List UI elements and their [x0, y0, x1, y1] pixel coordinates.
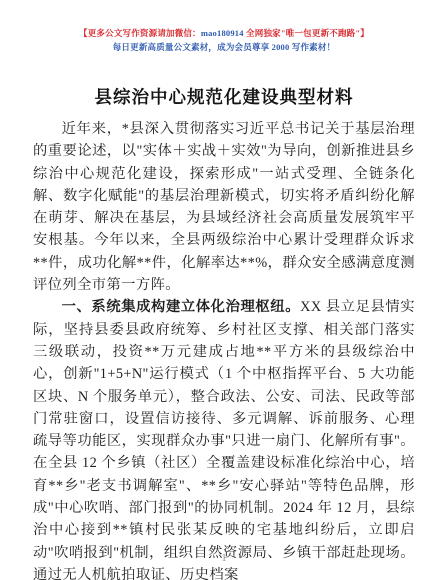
promo-wechat-id: mao180914	[201, 28, 244, 38]
promo-line-1: 【更多公文写作资源请加微信：mao180914 全网独家"唯一包更新不跑路"】	[33, 26, 415, 40]
promo-line-1-prefix: 【更多公文写作资源请加微信：	[79, 28, 201, 38]
paragraph-intro-text: 近年来，*县深入贯彻落实习近平总书记关于基层治理的重要论述，以"实体＋实战＋实效…	[33, 121, 415, 293]
promo-line-2: 每日更新高质量公文素材，成为会员尊享 2000 写作素材！	[33, 40, 415, 54]
paragraph-section-1: 一、系统集成构建立体化治理枢纽。XX 县立足县情实际，坚持县委县政府统筹、乡村社…	[33, 296, 415, 580]
page-number: 1	[0, 553, 448, 564]
section-1-text: XX 县立足县情实际，坚持县委县政府统筹、乡村社区支撑、相关部门落实三级联动，投…	[33, 299, 415, 580]
promo-header: 【更多公文写作资源请加微信：mao180914 全网独家"唯一包更新不跑路"】 …	[33, 26, 415, 54]
promo-line-1-suffix: 全网独家"唯一包更新不跑路"】	[244, 28, 369, 38]
document-title: 县综治中心规范化建设典型材料	[33, 85, 415, 109]
paragraph-intro: 近年来，*县深入贯彻落实习近平总书记关于基层治理的重要论述，以"实体＋实战＋实效…	[33, 118, 415, 296]
section-1-heading: 一、系统集成构建立体化治理枢纽。	[62, 299, 301, 315]
document-page: 【更多公文写作资源请加微信：mao180914 全网独家"唯一包更新不跑路"】 …	[0, 0, 448, 580]
